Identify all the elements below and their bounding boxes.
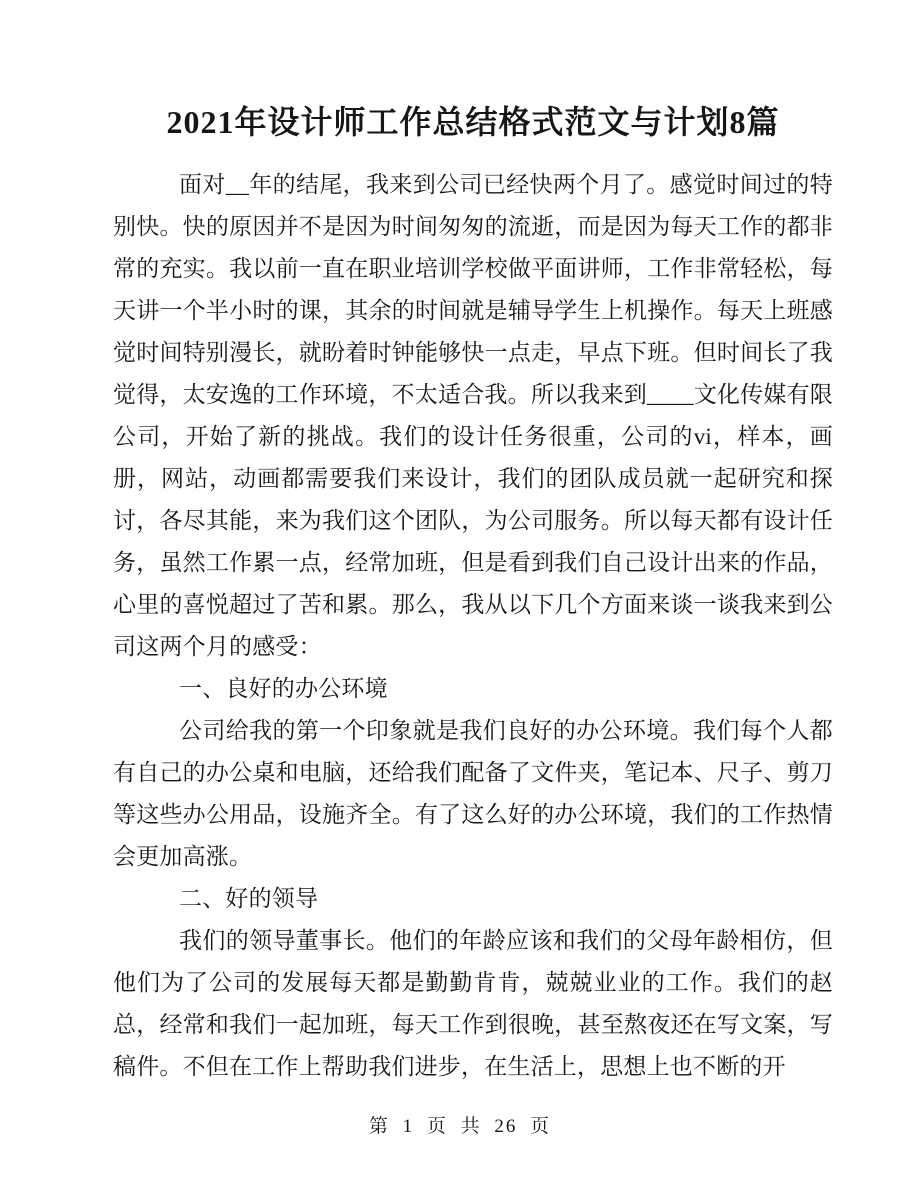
page-number-footer: 第 1 页 共 26 页 [0,1115,920,1139]
document-title: 2021年设计师工作总结格式范文与计划8篇 [113,98,833,146]
section-heading-2: 二、好的领导 [113,878,833,920]
paragraph-office-environment: 公司给我的第一个印象就是我们良好的办公环境。我们每个人都有自己的办公桌和电脑，还… [113,710,833,878]
paragraph-leadership: 我们的领导董事长。他们的年龄应该和我们的父母年龄相仿，但他们为了公司的发展每天都… [113,920,833,1088]
paragraph-intro: 面对__年的结尾，我来到公司已经快两个月了。感觉时间过的特别快。快的原因并不是因… [113,164,833,668]
document-page: 2021年设计师工作总结格式范文与计划8篇 面对__年的结尾，我来到公司已经快两… [0,0,920,1191]
document-content: 2021年设计师工作总结格式范文与计划8篇 面对__年的结尾，我来到公司已经快两… [113,0,833,1088]
section-heading-1: 一、良好的办公环境 [113,668,833,710]
